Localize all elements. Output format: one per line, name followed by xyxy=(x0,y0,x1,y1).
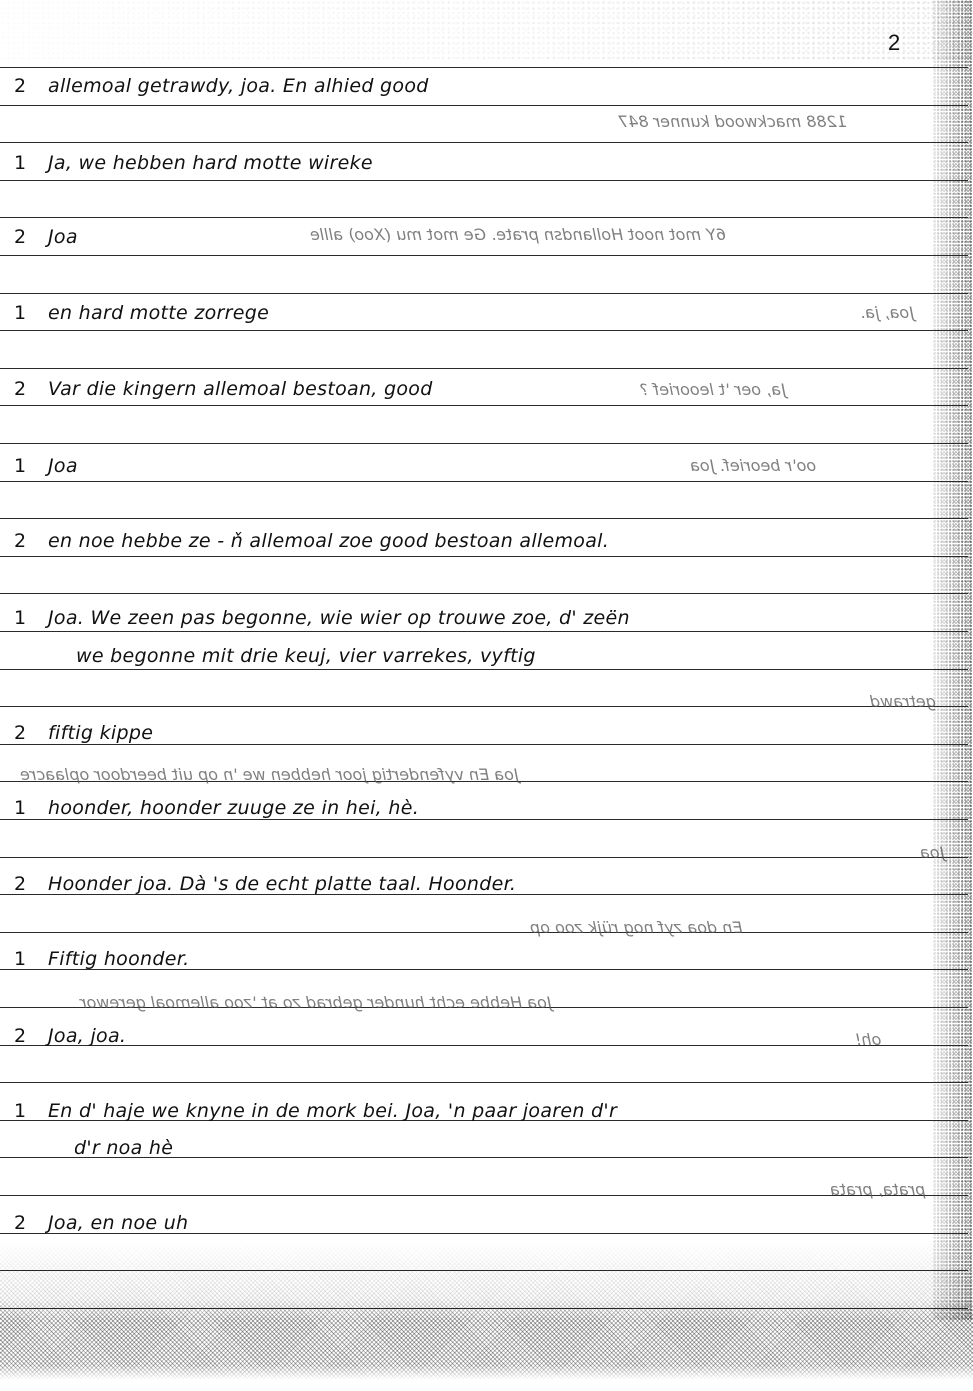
transcript-line: 2allemoal getrawdy, joa. En alhied good xyxy=(0,75,429,97)
line-text: Hoonder joa. Dà 's de echt platte taal. … xyxy=(48,873,516,895)
speaker-number: 2 xyxy=(0,1025,48,1047)
speaker-number: 1 xyxy=(0,797,48,819)
transcript-line: 2Var die kingern allemoal bestoan, good xyxy=(0,378,433,400)
ruled-line xyxy=(0,518,968,519)
line-text: En d' haje we knyne in de mork bei. Joa,… xyxy=(48,1100,617,1122)
show-through-text: Joa Hebbe echt hunder gebrad zo at 'zoo … xyxy=(80,993,552,1012)
line-text: we begonne mit drie keuj, vier varrekes,… xyxy=(76,645,536,667)
transcript-line: 2Joa xyxy=(0,226,78,248)
speaker-number: 1 xyxy=(0,152,48,174)
ruled-line xyxy=(0,593,968,594)
speaker-number: 2 xyxy=(0,722,48,744)
show-through-text: Joa En vyfendertig joor hebben we 'n op … xyxy=(20,765,519,784)
line-text: Var die kingern allemoal bestoan, good xyxy=(48,378,433,400)
transcript-line: d'r noa hè xyxy=(26,1137,173,1159)
line-text: en noe hebbe ze - ň allemoal zoe good be… xyxy=(48,530,609,552)
ruled-line xyxy=(0,293,968,294)
line-text: Joa xyxy=(48,455,78,477)
line-text: Joa xyxy=(48,226,78,248)
ruled-line xyxy=(0,932,968,933)
line-text: Fiftig hoonder. xyxy=(48,948,189,970)
line-text: Joa, joa. xyxy=(48,1025,126,1047)
line-text: fiftig kippe xyxy=(48,722,153,744)
speaker-number: 2 xyxy=(0,75,48,97)
transcript-line: 2Joa, joa. xyxy=(0,1025,126,1047)
speaker-number: 1 xyxy=(0,948,48,970)
line-text: Joa. We zeen pas begonne, wie wier op tr… xyxy=(48,607,630,629)
ruled-line xyxy=(0,857,968,858)
transcript-line: 1Joa xyxy=(0,455,78,477)
page-number: 2 xyxy=(888,30,900,56)
transcript-line: 1En d' haje we knyne in de mork bei. Joa… xyxy=(0,1100,617,1122)
ruled-line xyxy=(0,1045,968,1046)
ruled-line xyxy=(0,255,968,256)
ruled-line xyxy=(0,443,968,444)
line-text: d'r noa hè xyxy=(74,1137,173,1159)
show-through-text: oo'r beorief. Joa xyxy=(690,456,816,475)
speaker-number: 1 xyxy=(0,1100,48,1122)
speaker-number: 2 xyxy=(0,378,48,400)
line-text: hoonder, hoonder zuuge ze in hei, hè. xyxy=(48,797,419,819)
ruled-line xyxy=(0,1082,968,1083)
ruled-line xyxy=(0,180,968,181)
speaker-number: 1 xyxy=(0,455,48,477)
ruled-line xyxy=(0,217,968,218)
ruled-line xyxy=(0,631,968,632)
ruled-line xyxy=(0,556,968,557)
transcript-line: 1Joa. We zeen pas begonne, wie wier op t… xyxy=(0,607,630,629)
speaker-number: 2 xyxy=(0,226,48,248)
ruled-line xyxy=(0,405,968,406)
show-through-text: 6Y mot noot Hollandsn prate. Ge mot mu (… xyxy=(310,225,726,244)
ruled-line xyxy=(0,706,968,707)
line-text: en hard motte zorrege xyxy=(48,302,269,324)
ruled-line xyxy=(0,105,968,106)
scan-noise-bottom xyxy=(0,1240,973,1391)
ruled-line xyxy=(0,67,968,68)
ruled-line xyxy=(0,481,968,482)
line-text: Ja, we hebben hard motte wireke xyxy=(48,152,373,174)
speaker-number: 1 xyxy=(0,302,48,324)
show-through-text: Joa xyxy=(920,843,944,862)
transcript-line: 1Fiftig hoonder. xyxy=(0,948,189,970)
transcript-line: 1Ja, we hebben hard motte wireke xyxy=(0,152,373,174)
transcript-line: 1en hard motte zorrege xyxy=(0,302,269,324)
transcript-line: 2Hoonder joa. Dà 's de echt platte taal.… xyxy=(0,873,516,895)
transcript-line: we begonne mit drie keuj, vier varrekes,… xyxy=(28,645,536,667)
ruled-line xyxy=(0,330,968,331)
speaker-number: 2 xyxy=(0,1212,48,1234)
speaker-number: 2 xyxy=(0,530,48,552)
ruled-line xyxy=(0,819,968,820)
ruled-line xyxy=(0,744,968,745)
transcript-line: 2fiftig kippe xyxy=(0,722,153,744)
speaker-number: 1 xyxy=(0,607,48,629)
scan-noise-right xyxy=(933,0,973,1320)
show-through-text: 1288 mackwood kunner 847 xyxy=(618,112,847,131)
scanned-page: 2 1288 mackwood kunner 847 6Y mot noot H… xyxy=(0,0,973,1391)
ruled-line xyxy=(0,142,968,143)
line-text: allemoal getrawdy, joa. En alhied good xyxy=(48,75,429,97)
transcript-line: 2Joa, en noe uh xyxy=(0,1212,188,1234)
show-through-text: oh! xyxy=(855,1030,881,1049)
scan-noise-top xyxy=(0,0,973,60)
transcript-line: 1hoonder, hoonder zuuge ze in hei, hè. xyxy=(0,797,419,819)
speaker-number: 2 xyxy=(0,873,48,895)
line-text: Joa, en noe uh xyxy=(48,1212,188,1234)
ruled-line xyxy=(0,669,968,670)
show-through-text: Joa, ja. xyxy=(860,303,914,322)
transcript-line: 2en noe hebbe ze - ň allemoal zoe good b… xyxy=(0,530,609,552)
show-through-text: En doa zyf nog rüjk zoo op xyxy=(530,918,742,937)
show-through-text: prata, prata xyxy=(830,1180,925,1199)
ruled-line xyxy=(0,368,968,369)
show-through-text: Ja, oer 't leoorief ? xyxy=(640,380,786,399)
show-through-text: getrawd xyxy=(870,692,936,711)
ruled-line xyxy=(0,1195,968,1196)
